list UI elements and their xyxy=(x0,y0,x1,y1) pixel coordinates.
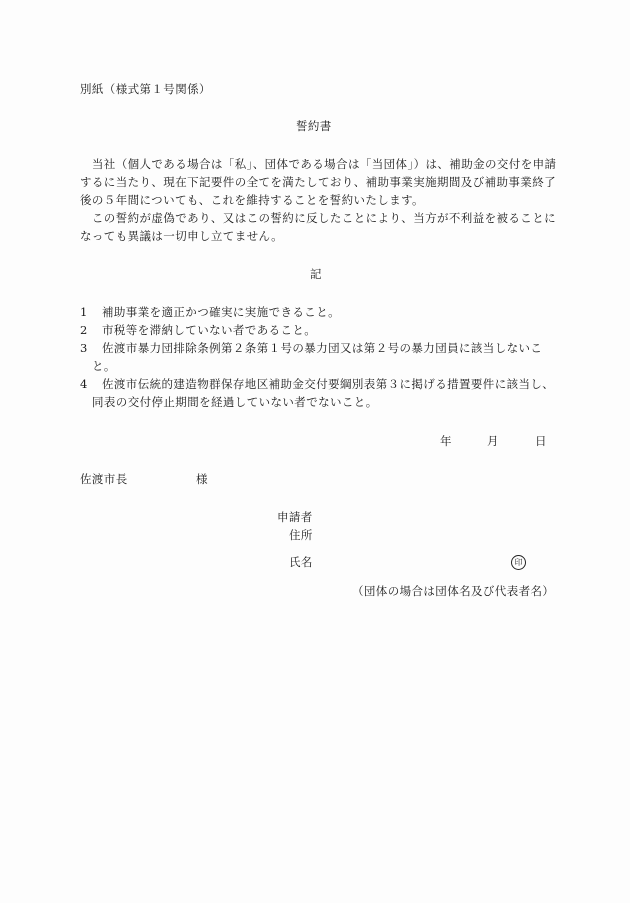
requirement-text: 佐渡市暴力団排除条例第２条第１号の暴力団又は第２号の暴力団員に該当しないこ xyxy=(102,339,542,357)
pledge-line: 後の５年間についても、これを維持することを誓約いたします。 xyxy=(80,191,548,209)
requirement-text: 市税等を滞納していない者であること。 xyxy=(102,321,316,339)
name-label: 氏名 xyxy=(289,553,313,571)
addressee-honorific: 様 xyxy=(196,470,208,488)
seal-icon: 印 xyxy=(511,555,526,570)
date-year: 年 xyxy=(440,432,452,450)
date-month: 月 xyxy=(487,432,499,450)
pledge-line: なっても異議は一切申し立てません。 xyxy=(80,227,548,245)
document-title: 誓約書 xyxy=(296,117,332,135)
pledge-line: 当社（個人である場合は「私」、団体である場合は「当団体」）は、補助金の交付を申請 xyxy=(80,155,548,173)
pledge-paragraph: 当社（個人である場合は「私」、団体である場合は「当団体」）は、補助金の交付を申請… xyxy=(80,155,548,245)
applicant-note: （団体の場合は団体名及び代表者名） xyxy=(352,582,554,600)
address-label: 住所 xyxy=(289,526,313,544)
ki-heading: 記 xyxy=(310,265,322,283)
requirement-number: 1 xyxy=(80,303,100,321)
requirement-text: 佐渡市伝統的建造物群保存地区補助金交付要綱別表第３に掲げる措置要件に該当し、 xyxy=(102,375,554,393)
addressee-name: 佐渡市長 xyxy=(80,470,128,488)
requirement-number: 4 xyxy=(80,375,100,393)
applicant-label: 申請者 xyxy=(277,508,313,526)
date-day: 日 xyxy=(535,432,547,450)
requirement-text: 補助事業を適正かつ確実に実施できること。 xyxy=(102,303,340,321)
requirement-number: 2 xyxy=(80,321,100,339)
requirement-number: 3 xyxy=(80,339,100,357)
form-reference: 別紙（様式第１号関係） xyxy=(80,80,211,98)
pledge-line: するに当たり、現在下記要件の全てを満たしており、補助事業実施期間及び補助事業終了 xyxy=(80,173,548,191)
pledge-line: この誓約が虚偽であり、又はこの誓約に反したことにより、当方が不利益を被ることに xyxy=(80,209,548,227)
requirement-continuation: と。 xyxy=(92,357,116,375)
requirement-continuation: 同表の交付停止期間を経過していない者でないこと。 xyxy=(92,393,378,411)
